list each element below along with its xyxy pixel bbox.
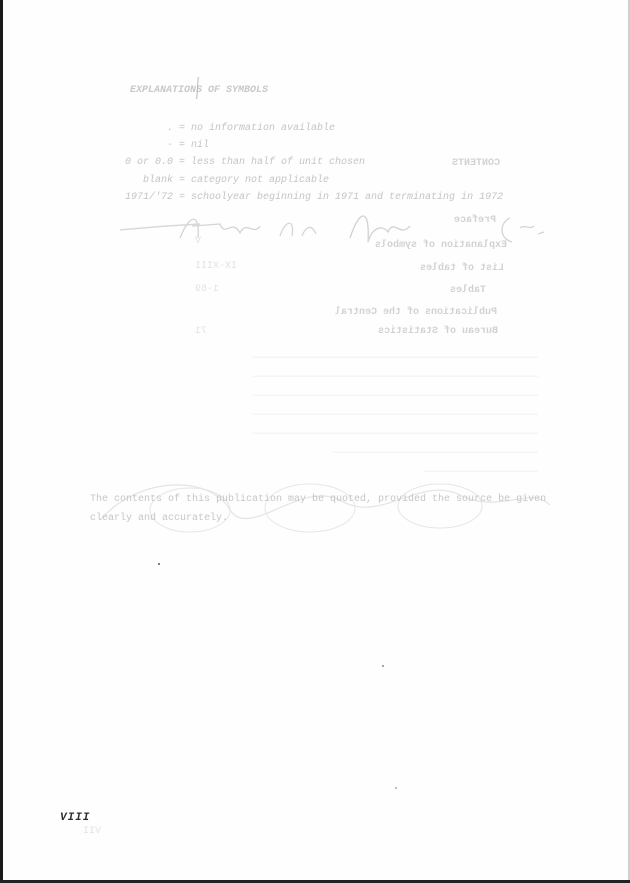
- symbol: -: [95, 140, 173, 151]
- symbol-meaning: = category not applicable: [179, 175, 329, 186]
- bleed-entry-tables: Tables: [450, 285, 486, 296]
- bleed-entry-tables-list: List of tables: [420, 263, 504, 274]
- symbol: .: [95, 123, 173, 134]
- bleed-entry-page: IX-XIII: [195, 261, 237, 272]
- bleed-entry-preface: Preface: [454, 215, 496, 226]
- symbol: 0 or 0.0: [95, 157, 173, 168]
- symbol-meaning: = less than half of unit chosen: [179, 157, 365, 168]
- symbol-row: blank = category not applicable: [95, 175, 329, 186]
- symbol: 1971/'72: [95, 192, 173, 203]
- bleed-entry-page: 1-69: [195, 284, 219, 295]
- symbol-row: 1971/'72 = schoolyear beginning in 1971 …: [95, 192, 503, 203]
- scan-speck: [382, 665, 384, 667]
- symbol-meaning: = nil: [179, 140, 209, 151]
- symbol: blank: [95, 175, 173, 186]
- scan-speck: [158, 563, 160, 565]
- page-heading: EXPLANATIONS OF SYMBOLS: [130, 85, 268, 96]
- bleed-entry-page: 71: [195, 326, 207, 337]
- scan-speck: [395, 787, 397, 789]
- symbol-row: - = nil: [95, 140, 209, 151]
- bleed-entry-publications: Publications of the Central: [335, 307, 497, 318]
- bleed-contents-title: CONTENTS: [452, 158, 500, 169]
- symbol-row: . = no information available: [95, 123, 335, 134]
- scanned-page: CONTENTS Preface V Explanation of symbol…: [0, 0, 630, 883]
- symbol-meaning: = no information available: [179, 123, 335, 134]
- bleed-entry-bureau: Bureau of Statistics: [378, 326, 498, 337]
- bleed-entry-symbols: Explanation of symbols: [375, 240, 507, 251]
- bleed-paragraph: ────────────────────────────────────────…: [118, 348, 538, 481]
- scan-edge-left: [0, 0, 3, 883]
- page-number: VIII: [60, 812, 90, 824]
- bleed-page-number: VII: [83, 826, 101, 837]
- symbol-meaning: = schoolyear beginning in 1971 and termi…: [179, 192, 503, 203]
- symbol-row: 0 or 0.0 = less than half of unit chosen: [95, 157, 365, 168]
- copyright-note: The contents of this publication may be …: [90, 490, 550, 528]
